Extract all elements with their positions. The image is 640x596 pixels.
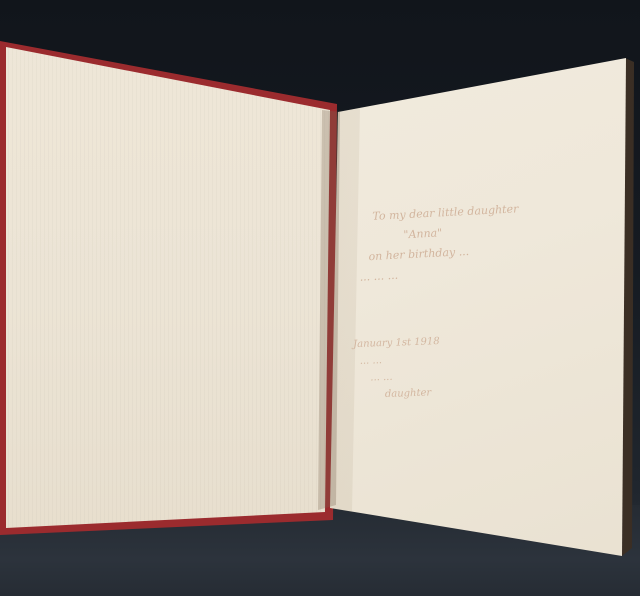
handwritten-signature-block: January 1st 1918 ... ... ... ... daughte… — [353, 332, 475, 404]
handwritten-inscription: To my dear little daughter "Anna" on her… — [352, 196, 576, 287]
